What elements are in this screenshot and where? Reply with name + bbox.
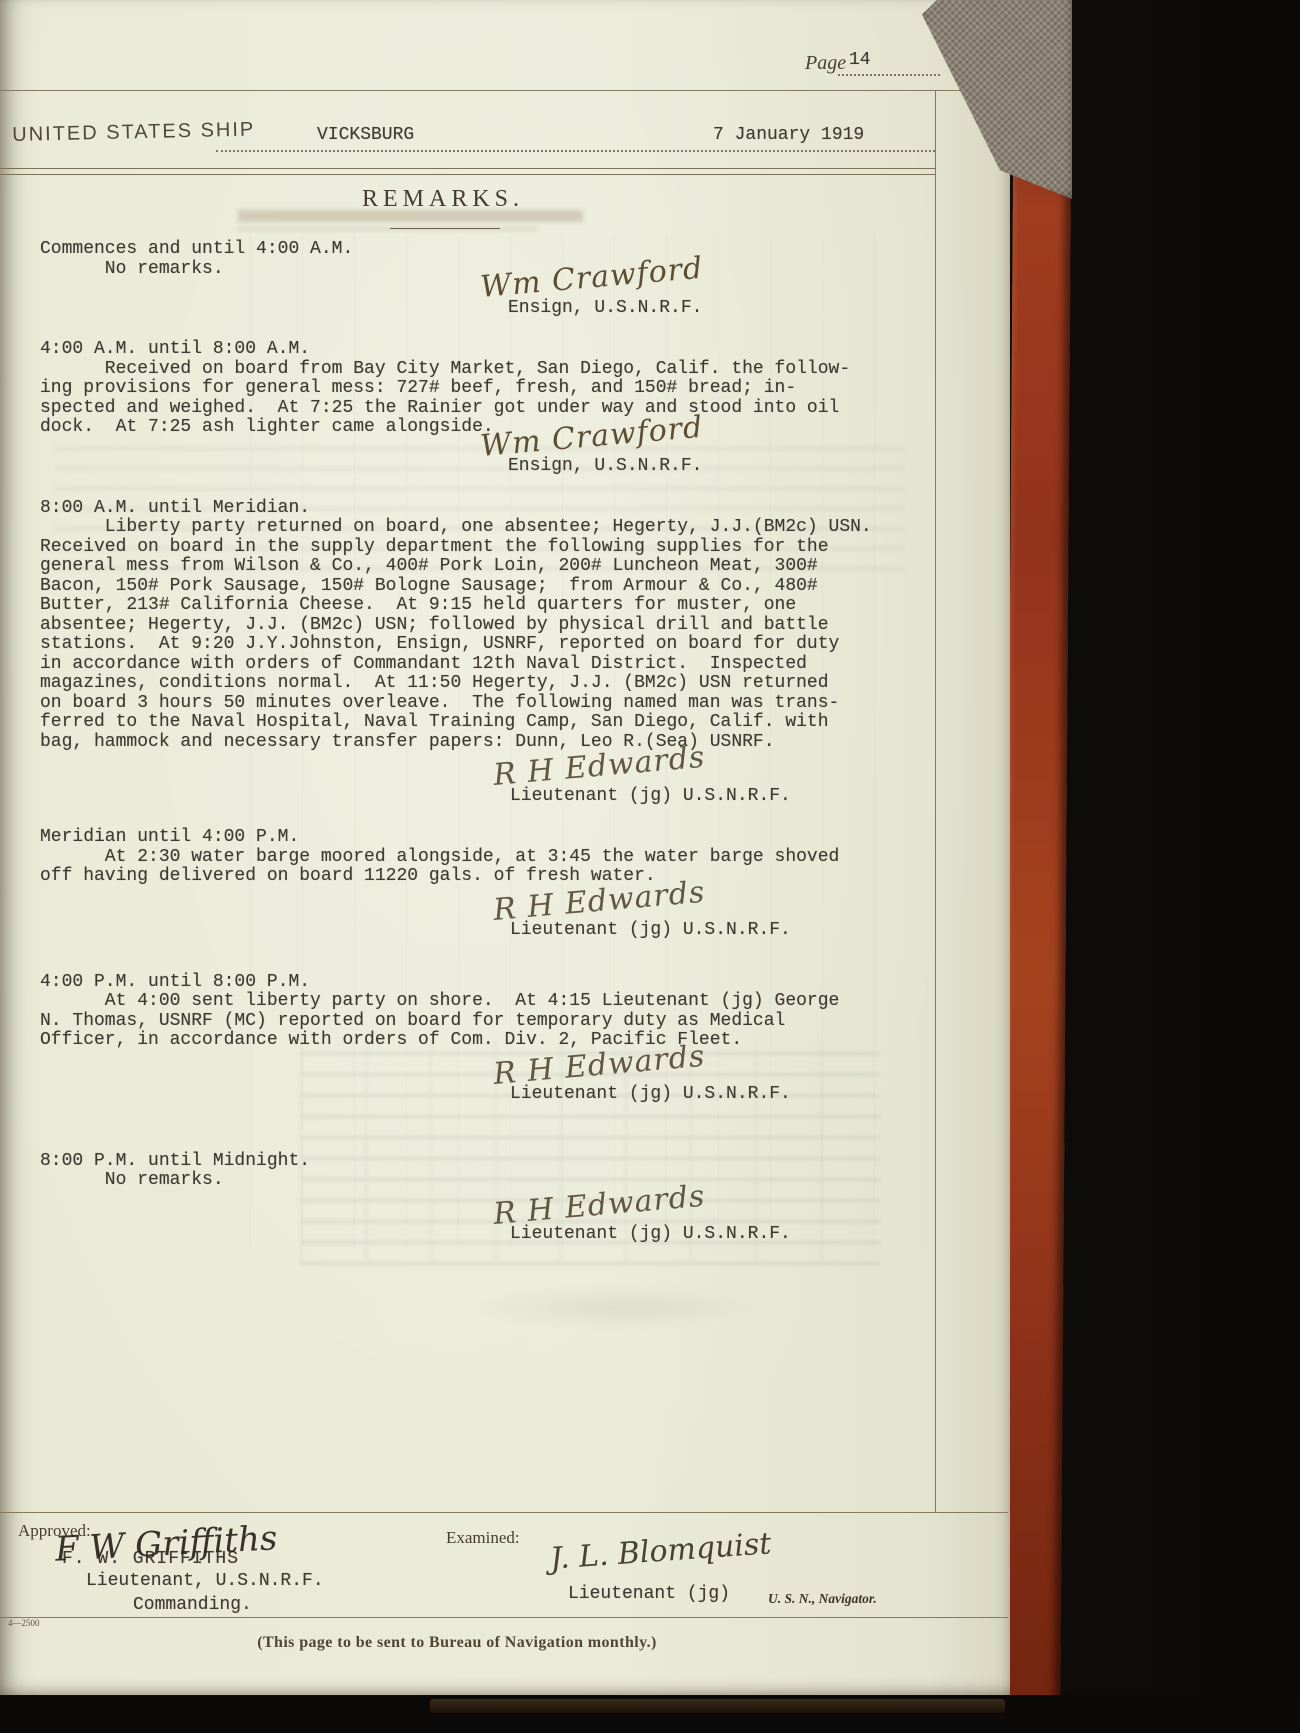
entry-line: Received on board in the supply departme… <box>40 538 940 558</box>
entry-line: stations. At 9:20 J.Y.Johnston, Ensign, … <box>40 635 940 655</box>
entry-line: At 2:30 water barge moored alongside, at… <box>40 848 940 868</box>
log-date: 7 January 1919 <box>713 126 864 146</box>
book-spine <box>1002 78 1071 1708</box>
entry-line: on board 3 hours 50 minutes overleave. T… <box>40 694 940 714</box>
log-entry: 4:00 P.M. until 8:00 P.M. At 4:00 sent l… <box>40 973 940 1107</box>
entry-heading: 8:00 P.M. until Midnight. <box>40 1152 940 1172</box>
underlying-page-edge <box>430 1699 1005 1713</box>
entry-line: ferred to the Naval Hospital, Naval Trai… <box>40 713 940 733</box>
entry-line: At 4:00 sent liberty party on shore. At … <box>40 992 940 1012</box>
examined-rank: Lieutenant (jg) <box>568 1585 730 1605</box>
signature-block: R H EdwardsLieutenant (jg) U.S.N.R.F. <box>40 1191 940 1247</box>
entry-line: absentee; Hegerty, J.J. (BM2c) USN; foll… <box>40 616 940 636</box>
entry-heading: Meridian until 4:00 P.M. <box>40 828 940 848</box>
entry-line: No remarks. <box>40 1171 940 1191</box>
entry-line: Received on board from Bay City Market, … <box>40 360 940 380</box>
log-entry: Meridian until 4:00 P.M. At 2:30 water b… <box>40 828 940 943</box>
log-entry: 8:00 P.M. until Midnight. No remarks.R H… <box>40 1152 940 1247</box>
approved-title: Commanding. <box>133 1596 252 1616</box>
signature-block: R H EdwardsLieutenant (jg) U.S.N.R.F. <box>40 1051 940 1107</box>
approved-rank: Lieutenant, U.S.N.R.F. <box>86 1572 324 1592</box>
signature-rank: Lieutenant (jg) U.S.N.R.F. <box>510 787 791 807</box>
signature-block: Wm CrawfordEnsign, U.S.N.R.F. <box>40 279 940 320</box>
examined-signature: J. L. Blomquist <box>549 1526 772 1576</box>
footer-rule <box>0 1512 1008 1513</box>
header-double-rule <box>0 168 935 175</box>
remarks-underline <box>390 228 500 229</box>
signature-block: Wm CrawfordEnsign, U.S.N.R.F. <box>40 438 940 479</box>
approved-typed-name: F. W. GRIFFITHS <box>62 1550 239 1570</box>
entry-line: off having delivered on board 11220 gals… <box>40 867 940 887</box>
examined-title: U. S. N., Navigator. <box>768 1591 877 1607</box>
signature-rank: Ensign, U.S.N.R.F. <box>508 299 702 319</box>
ship-log-screenshot: { "page": { "page_label": "Page", "page_… <box>0 0 1300 1733</box>
entry-line: Butter, 213# California Cheese. At 9:15 … <box>40 596 940 616</box>
signature-block: R H EdwardsLieutenant (jg) U.S.N.R.F. <box>40 752 940 808</box>
entry-heading: 8:00 A.M. until Meridian. <box>40 499 940 519</box>
signature-rank: Ensign, U.S.N.R.F. <box>508 457 702 477</box>
signature-rank: Lieutenant (jg) U.S.N.R.F. <box>510 921 791 941</box>
form-number: 4—2500 <box>8 1618 40 1628</box>
entry-line: ing provisions for general mess: 727# be… <box>40 379 940 399</box>
ship-name-dotted-line <box>216 150 935 152</box>
page-number: 14 <box>849 51 871 71</box>
signature-rank: Lieutenant (jg) U.S.N.R.F. <box>510 1085 791 1105</box>
page-number-dotted-line <box>838 74 940 76</box>
approved-label: Approved: <box>18 1521 91 1541</box>
entry-line: spected and weighed. At 7:25 the Rainier… <box>40 399 940 419</box>
entry-heading: Commences and until 4:00 A.M. <box>40 240 940 260</box>
signature-rank: Lieutenant (jg) U.S.N.R.F. <box>510 1225 791 1245</box>
examined-label: Examined: <box>446 1528 520 1548</box>
ship-label: UNITED STATES SHIP <box>12 118 256 147</box>
log-entry: Commences and until 4:00 A.M. No remarks… <box>40 240 940 320</box>
ship-name: VICKSBURG <box>317 126 414 146</box>
entry-line: dock. At 7:25 ash lighter came alongside… <box>40 418 940 438</box>
entry-line: bag, hammock and necessary transfer pape… <box>40 733 940 753</box>
entry-heading: 4:00 P.M. until 8:00 P.M. <box>40 973 940 993</box>
entry-heading: 4:00 A.M. until 8:00 A.M. <box>40 340 940 360</box>
page-label: Page <box>805 52 846 75</box>
bottom-rule <box>0 1617 1008 1618</box>
remarks-title: REMARKS. <box>362 186 524 213</box>
entry-line: in accordance with orders of Commandant … <box>40 655 940 675</box>
log-entries: Commences and until 4:00 A.M. No remarks… <box>40 240 940 1267</box>
entry-line: No remarks. <box>40 260 940 280</box>
entry-line: Officer, in accordance with orders of Co… <box>40 1031 940 1051</box>
log-entry: 4:00 A.M. until 8:00 A.M. Received on bo… <box>40 340 940 479</box>
ink-bleedthrough <box>470 1285 770 1330</box>
entry-line: Bacon, 150# Pork Sausage, 150# Bologne S… <box>40 577 940 597</box>
signature-block: R H EdwardsLieutenant (jg) U.S.N.R.F. <box>40 887 940 943</box>
entry-line: magazines, conditions normal. At 11:50 H… <box>40 674 940 694</box>
entry-line: N. Thomas, USNRF (MC) reported on board … <box>40 1012 940 1032</box>
bureau-note: (This page to be sent to Bureau of Navig… <box>257 1634 657 1652</box>
entry-line: general mess from Wilson & Co., 400# Por… <box>40 557 940 577</box>
top-rule <box>0 90 1008 91</box>
entry-line: Liberty party returned on board, one abs… <box>40 518 940 538</box>
log-page-paper: Page 14 UNITED STATES SHIP VICKSBURG 7 J… <box>0 0 1010 1695</box>
log-entry: 8:00 A.M. until Meridian. Liberty party … <box>40 499 940 809</box>
